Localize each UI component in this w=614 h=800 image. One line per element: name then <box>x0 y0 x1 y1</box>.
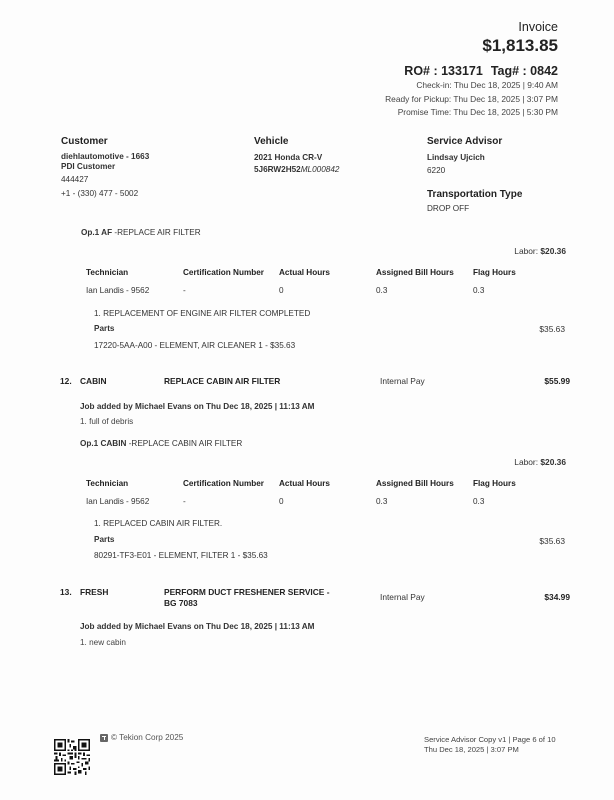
ready-for-pickup-time: Ready for Pickup: Thu Dec 18, 2025 | 3:0… <box>385 93 558 107</box>
invoice-total: $1,813.85 <box>385 36 558 56</box>
vehicle-heading: Vehicle <box>254 136 339 148</box>
job-pay-type: Internal Pay <box>380 376 425 386</box>
vin-suffix: ML000842 <box>301 165 340 174</box>
labor-amount: Labor: $20.36 <box>514 457 566 467</box>
part-line: 80291-TF3-E01 - ELEMENT, FILTER 1 - $35.… <box>94 551 268 560</box>
transport-heading: Transportation Type <box>427 189 522 201</box>
cell-actual-hours: 0 <box>279 286 376 295</box>
customer-heading: Customer <box>61 136 149 148</box>
job-note: 1. full of debris <box>80 417 133 426</box>
job-added-by: Job added by Michael Evans on Thu Dec 18… <box>80 402 315 411</box>
col-certification: Certification Number <box>183 268 279 277</box>
advisor-name: Lindsay Ujcich <box>427 152 522 164</box>
col-technician: Technician <box>86 268 183 277</box>
op-title-af: Op.1 AF -REPLACE AIR FILTER <box>81 228 201 237</box>
vin-prefix: 5J6RW2H52 <box>254 165 301 174</box>
job-code: FRESH <box>80 587 108 597</box>
col-certification: Certification Number <box>183 479 279 488</box>
job-number: 13. <box>60 587 72 597</box>
parts-total: $35.63 <box>539 324 565 334</box>
parts-label: Parts <box>94 535 114 544</box>
customer-section: Customer diehlautomotive - 1663 PDI Cust… <box>61 136 149 199</box>
customer-name: diehlautomotive - 1663 <box>61 152 149 162</box>
job-number: 12. <box>60 376 72 386</box>
tekion-logo-icon <box>100 734 108 742</box>
technician-table: Technician Certification Number Actual H… <box>86 474 576 510</box>
cell-certification: - <box>183 286 279 295</box>
job-added-by: Job added by Michael Evans on Thu Dec 18… <box>80 622 315 631</box>
op-code: Op.1 CABIN <box>80 439 126 448</box>
col-assigned-bill-hours: Assigned Bill Hours <box>376 479 473 488</box>
footer-page-info: Service Advisor Copy v1 | Page 6 of 10 T… <box>424 735 556 754</box>
col-assigned-bill-hours: Assigned Bill Hours <box>376 268 473 277</box>
copyright-text: © Tekion Corp 2025 <box>111 733 183 742</box>
technician-table: Technician Certification Number Actual H… <box>86 263 576 299</box>
cell-assigned-bill-hours: 0.3 <box>376 286 473 295</box>
col-actual-hours: Actual Hours <box>279 268 376 277</box>
vehicle-section: Vehicle 2021 Honda CR-V 5J6RW2H52ML00084… <box>254 136 339 176</box>
check-in-time: Check-in: Thu Dec 18, 2025 | 9:40 AM <box>385 79 558 93</box>
col-actual-hours: Actual Hours <box>279 479 376 488</box>
invoice-header: Invoice $1,813.85 RO# : 133171Tag# : 084… <box>385 20 558 120</box>
cell-technician: Ian Landis - 9562 <box>86 286 183 295</box>
copy-page-info: Service Advisor Copy v1 | Page 6 of 10 <box>424 735 556 745</box>
transport-value: DROP OFF <box>427 203 522 215</box>
op-description: -REPLACE AIR FILTER <box>114 228 200 237</box>
vehicle-vin: 5J6RW2H52ML000842 <box>254 164 339 176</box>
tag-number: Tag# : 0842 <box>491 64 558 78</box>
parts-label: Parts <box>94 324 114 333</box>
story-line: 1. REPLACEMENT OF ENGINE AIR FILTER COMP… <box>94 309 310 318</box>
job-price: $34.99 <box>544 592 570 602</box>
job-note: 1. new cabin <box>80 638 126 647</box>
labor-label: Labor: <box>514 246 538 256</box>
story-line: 1. REPLACED CABIN AIR FILTER. <box>94 519 222 528</box>
cell-assigned-bill-hours: 0.3 <box>376 497 473 506</box>
advisor-id: 6220 <box>427 164 522 177</box>
table-row: Ian Landis - 9562 - 0 0.3 0.3 <box>86 492 576 510</box>
labor-label: Labor: <box>514 457 538 467</box>
col-technician: Technician <box>86 479 183 488</box>
job-description: PERFORM DUCT FRESHENER SERVICE - BG 7083 <box>164 587 344 609</box>
customer-phone: +1 - (330) 477 - 5002 <box>61 188 149 200</box>
job-code: CABIN <box>80 376 107 386</box>
job-description: REPLACE CABIN AIR FILTER <box>164 376 344 387</box>
part-line: 17220-5AA-A00 - ELEMENT, AIR CLEANER 1 -… <box>94 341 295 350</box>
advisor-heading: Service Advisor <box>427 136 522 148</box>
parts-total: $35.63 <box>539 536 565 546</box>
op-code: Op.1 AF <box>81 228 112 237</box>
cell-technician: Ian Landis - 9562 <box>86 497 183 506</box>
vehicle-model: 2021 Honda CR-V <box>254 152 339 164</box>
labor-amount: Labor: $20.36 <box>514 246 566 256</box>
invoice-title: Invoice <box>385 20 558 35</box>
customer-type: PDI Customer <box>61 162 149 172</box>
op-description: -REPLACE CABIN AIR FILTER <box>129 439 243 448</box>
footer-copyright: © Tekion Corp 2025 <box>100 733 183 742</box>
qr-code-icon <box>54 738 90 776</box>
job-price: $55.99 <box>544 376 570 386</box>
customer-id: 444427 <box>61 174 149 186</box>
table-header: Technician Certification Number Actual H… <box>86 474 576 492</box>
table-row: Ian Landis - 9562 - 0 0.3 0.3 <box>86 281 576 299</box>
labor-value: $20.36 <box>540 246 566 256</box>
ro-number: RO# : 133171 <box>404 64 483 78</box>
advisor-section: Service Advisor Lindsay Ujcich 6220 Tran… <box>427 136 522 215</box>
labor-value: $20.36 <box>540 457 566 467</box>
cell-flag-hours: 0.3 <box>473 497 563 506</box>
printed-timestamp: Thu Dec 18, 2025 | 3:07 PM <box>424 745 556 755</box>
cell-certification: - <box>183 497 279 506</box>
promise-time: Promise Time: Thu Dec 18, 2025 | 5:30 PM <box>385 106 558 120</box>
cell-actual-hours: 0 <box>279 497 376 506</box>
op-title-cabin: Op.1 CABIN -REPLACE CABIN AIR FILTER <box>80 439 242 448</box>
col-flag-hours: Flag Hours <box>473 268 563 277</box>
table-header: Technician Certification Number Actual H… <box>86 263 576 281</box>
cell-flag-hours: 0.3 <box>473 286 563 295</box>
col-flag-hours: Flag Hours <box>473 479 563 488</box>
ro-tag-line: RO# : 133171Tag# : 0842 <box>385 64 558 79</box>
job-pay-type: Internal Pay <box>380 592 425 602</box>
